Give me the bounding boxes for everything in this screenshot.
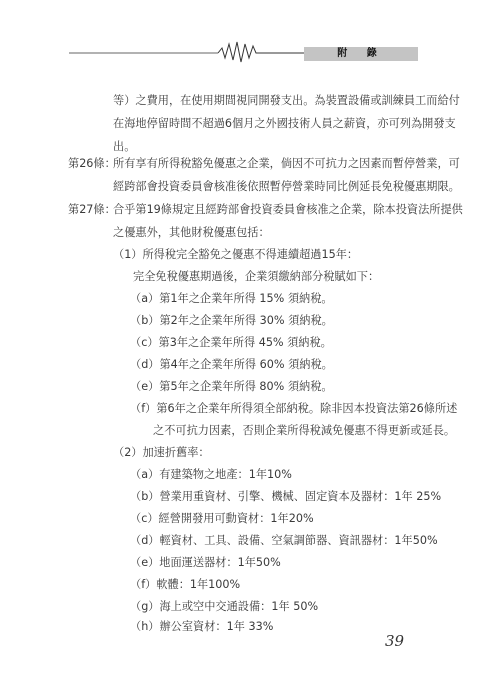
list-item: （b）營業用重資材、引擎、機械、固定資本及器材：1年 25% <box>130 490 441 504</box>
page-header: 附 錄 <box>0 0 480 70</box>
article-27-line: 合乎第19條規定且經跨部會投資委員會核准之企業，除本投資法所提供 <box>113 203 463 217</box>
list-item: （c）經營開發用可動資材：1年20% <box>130 512 314 526</box>
article-26-line: 所有享有所得稅豁免優惠之企業，倘因不可抗力之因素而暫停營業，可 <box>113 157 460 171</box>
article-26-line: 經跨部會投資委員會核准後依照暫停營業時同比例延長免稅優惠期限。 <box>113 180 460 194</box>
list-item-continuation: 之不可抗力因素，否則企業所得稅減免優惠不得更新或延長。 <box>153 424 455 438</box>
section-1-intro: 完全免稅優惠期過後，企業須繳納部分稅賦如下： <box>133 270 379 284</box>
article-27-label: 第27條： <box>68 203 116 217</box>
section-label: 附 錄 <box>304 47 418 61</box>
section-2-heading: （2）加速折舊率： <box>113 446 210 460</box>
section-1-heading: （1）所得稅完全豁免之優惠不得連續超過15年： <box>113 248 358 262</box>
list-item: （d）輕資材、工具、設備、空氣調節器、資訊器材：1年50% <box>130 534 438 548</box>
page-number: 39 <box>385 632 404 650</box>
article-27-line: 之優惠外，其他財稅優惠包括： <box>113 226 270 240</box>
list-item: （f）軟體：1年100% <box>130 578 240 592</box>
list-item: （b）第2年之企業年所得 30% 須納稅。 <box>130 314 333 328</box>
list-item: （g）海上或空中交通設備：1年 50% <box>130 600 318 614</box>
list-item: （c）第3年之企業年所得 45% 須納稅。 <box>130 336 332 350</box>
paragraph-line: 出。 <box>113 140 135 154</box>
list-item: （e）第5年之企業年所得 80% 須納稅。 <box>130 380 333 394</box>
list-item: （d）第4年之企業年所得 60% 須納稅。 <box>130 358 333 372</box>
list-item: （a）第1年之企業年所得 15% 須納稅。 <box>130 292 333 306</box>
list-item: （f）第6年之企業年所得須全部納稅。除非因本投資法第26條所述 <box>130 402 457 416</box>
article-26-label: 第26條： <box>68 157 116 171</box>
list-item: （h）辦公室資材：1年 33% <box>130 620 273 634</box>
paragraph-line: 等）之費用，在使用期間視同開發支出。為裝置設備或訓練員工而給付 <box>113 94 460 108</box>
list-item: （a）有建築物之地產：1年10% <box>130 468 292 482</box>
list-item: （e）地面運送器材：1年50% <box>130 556 281 570</box>
paragraph-line: 在海地停留時間不超過6個月之外國技術人員之薪資，亦可列為開發支 <box>113 117 456 131</box>
